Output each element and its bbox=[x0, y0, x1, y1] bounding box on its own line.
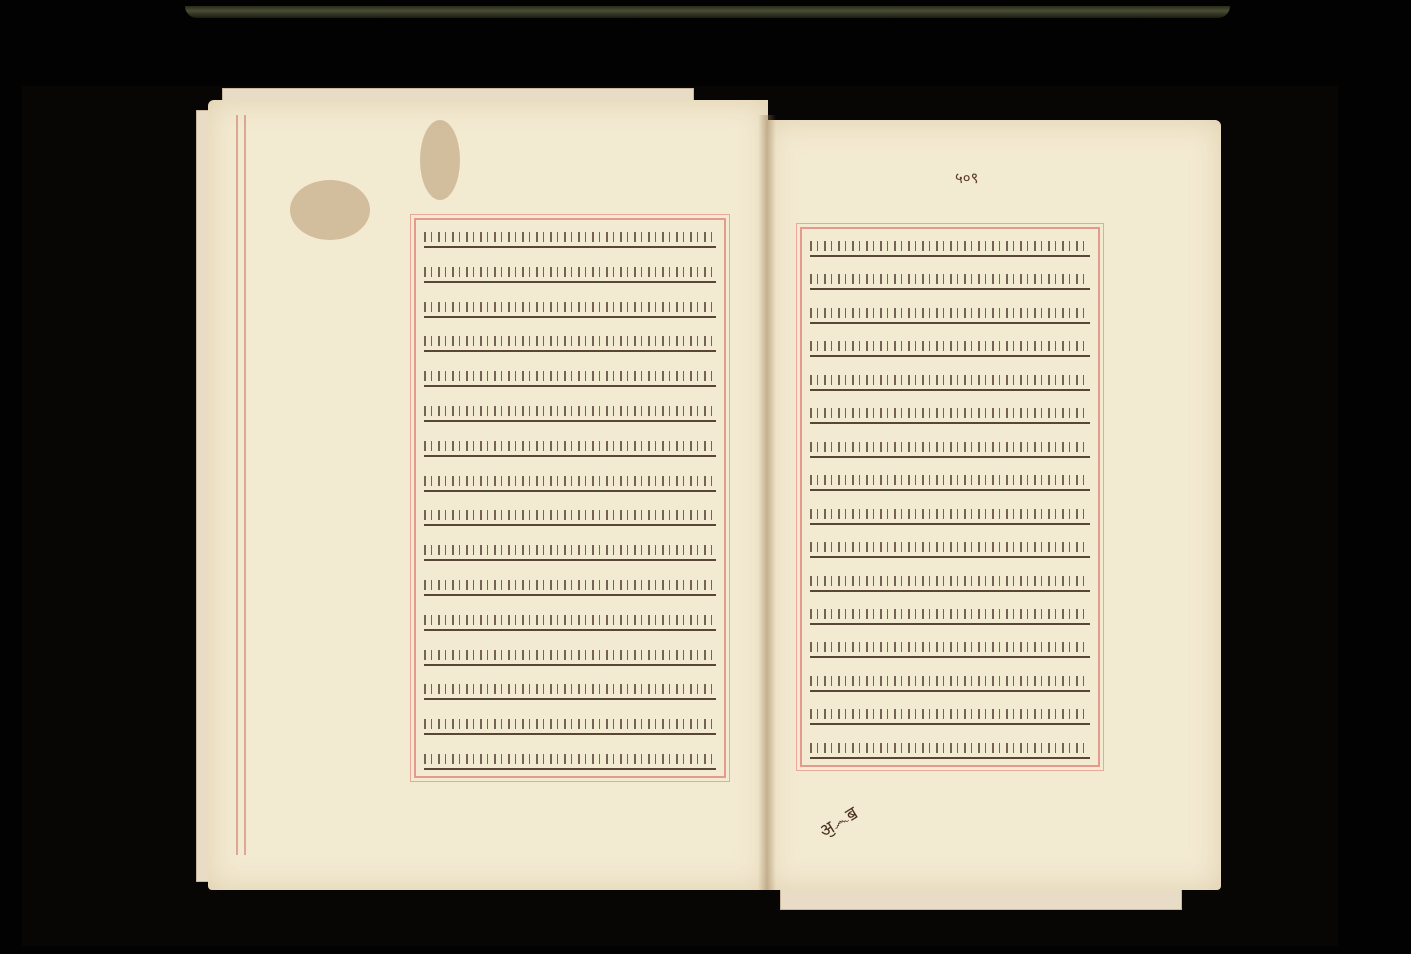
right-text-block bbox=[800, 227, 1100, 767]
book-gutter bbox=[758, 115, 776, 890]
left-margin-rule-2 bbox=[244, 115, 246, 855]
left-text-block bbox=[414, 218, 726, 778]
water-stain bbox=[290, 180, 370, 240]
top-light-bar bbox=[185, 6, 1230, 18]
left-margin-rule bbox=[236, 115, 238, 855]
page-number: ५०९ bbox=[955, 168, 978, 188]
water-stain bbox=[420, 120, 460, 200]
